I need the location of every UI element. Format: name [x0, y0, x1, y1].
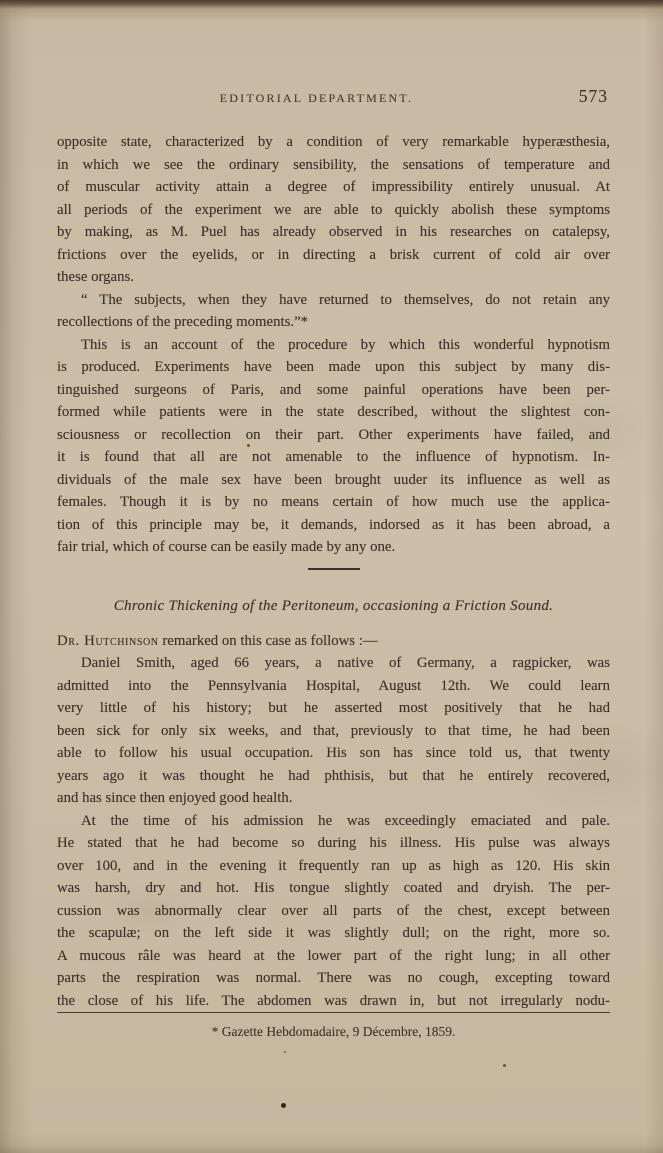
- page-header: EDITORIAL DEPARTMENT. 573: [57, 86, 610, 110]
- text-line: recollections of the preceding moments.”…: [57, 311, 610, 334]
- text-line: fair trial, which of course can be easil…: [57, 536, 610, 559]
- text-line: and has since then enjoyed good health.: [57, 787, 610, 810]
- footnote-rule: [57, 1012, 610, 1013]
- text-line: tinguished surgeons of Paris, and some p…: [57, 379, 610, 402]
- speaker-name: Dr. Hutchinson: [57, 633, 159, 649]
- text-line: years ago it was thought he had phthisis…: [57, 765, 610, 788]
- section-divider: [308, 568, 360, 570]
- text-line: been sick for only six weeks, and that, …: [57, 720, 610, 743]
- text-line: tion of this principle may be, it demand…: [57, 514, 610, 537]
- text-line: the scapulæ; on the left side it was sli…: [57, 922, 610, 945]
- text-line: “ The subjects, when they have returned …: [57, 289, 610, 312]
- text-line: of muscular activity attain a degree of …: [57, 176, 610, 199]
- text-line: At the time of his admission he was exce…: [57, 810, 610, 833]
- paragraph: “ The subjects, when they have returned …: [57, 289, 610, 334]
- text-line: is produced. Experiments have been made …: [57, 356, 610, 379]
- text-line: formed while patients were in the state …: [57, 401, 610, 424]
- page-number: 573: [579, 86, 608, 107]
- ink-speck-small: [503, 1064, 506, 1067]
- text-line: He stated that he had become so during h…: [57, 832, 610, 855]
- text-line: the close of his life. The abdomen was d…: [57, 990, 610, 1013]
- text-line: cussion was abnormally clear over all pa…: [57, 900, 610, 923]
- ink-speck-tiny: [284, 1051, 286, 1053]
- paragraph: At the time of his admission he was exce…: [57, 810, 610, 1013]
- speaker-text: remarked on this case as follows :—: [159, 633, 378, 649]
- text-line: able to follow his usual occupation. His…: [57, 742, 610, 765]
- running-title: EDITORIAL DEPARTMENT.: [57, 91, 576, 106]
- text-line: parts the respiration was normal. There …: [57, 967, 610, 990]
- text-line: Daniel Smith, aged 66 years, a native of…: [57, 652, 610, 675]
- paragraph: This is an account of the procedure by w…: [57, 334, 610, 559]
- text-line: very little of his history; but he asser…: [57, 697, 610, 720]
- text-line: opposite state, characterized by a condi…: [57, 131, 610, 154]
- speaker-line: Dr. Hutchinson remarked on this case as …: [57, 630, 610, 653]
- text-line: all periods of the experiment we are abl…: [57, 199, 610, 222]
- text-line: frictions over the eyelids, or in direct…: [57, 244, 610, 267]
- text-line: in which we see the ordinary sensibility…: [57, 154, 610, 177]
- ink-speck-red: [247, 444, 250, 447]
- ink-speck-dark: [281, 1103, 286, 1108]
- text-line: by making, as M. Puel has already observ…: [57, 221, 610, 244]
- text-line: females. Though it is by no means certai…: [57, 491, 610, 514]
- paragraph: Daniel Smith, aged 66 years, a native of…: [57, 652, 610, 810]
- text-line: dividuals of the male sex have been brou…: [57, 469, 610, 492]
- text-line: A mucous râle was heard at the lower par…: [57, 945, 610, 968]
- text-line: admitted into the Pennsylvania Hospital,…: [57, 675, 610, 698]
- body-text: opposite state, characterized by a condi…: [57, 131, 610, 1012]
- text-line: it is found that all are not amenable to…: [57, 446, 610, 469]
- text-line: over 100, and in the evening it frequent…: [57, 855, 610, 878]
- text-line: was harsh, dry and hot. His tongue sligh…: [57, 877, 610, 900]
- footnote-text: * Gazette Hebdomadaire, 9 Décembre, 1859…: [57, 1024, 610, 1040]
- paragraph: opposite state, characterized by a condi…: [57, 131, 610, 289]
- footnote: * Gazette Hebdomadaire, 9 Décembre, 1859…: [57, 1012, 610, 1040]
- scanned-book-page: { "page_header": { "title": "EDITORIAL D…: [0, 0, 663, 1153]
- text-line: This is an account of the procedure by w…: [57, 334, 610, 357]
- text-line: sciousness or recollection on their part…: [57, 424, 610, 447]
- text-line: these organs.: [57, 266, 610, 289]
- section-heading: Chronic Thickening of the Peritoneum, oc…: [57, 594, 610, 618]
